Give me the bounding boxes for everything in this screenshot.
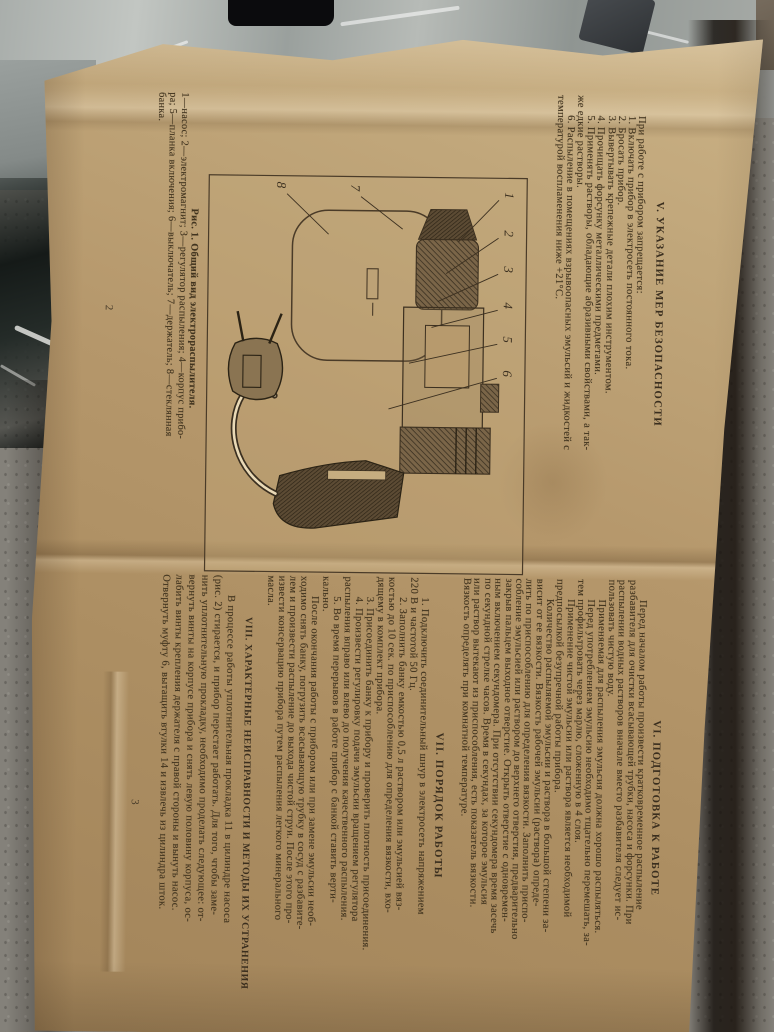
manual-page-3: VI. ПОДГОТОВКА К РАБОТЕ Перед началом ра… (19, 573, 757, 1032)
figure-sprayer-illustration: 1 2 3 4 5 6 7 8 (202, 173, 529, 577)
callout-8: 8 (274, 182, 289, 189)
section-vii-heading: VII. ПОРЯДОК РАБОТЫ (430, 578, 448, 1032)
callout-5: 5 (500, 336, 515, 343)
section-v-heading: V. УКАЗАНИЕ МЕР БЕЗОПАСНОСТИ (650, 88, 668, 540)
callout-1: 1 (502, 192, 517, 199)
section-vii-text: 1. Подключить соединительный шнур в элек… (259, 575, 430, 1032)
dark-object (228, 0, 334, 26)
section-v-text: При работе с прибором запрещается: 1. Вк… (550, 95, 647, 548)
page-number-2: 2 (100, 81, 118, 533)
callout-3: 3 (501, 265, 516, 273)
section-viii-heading: VIII. ХАРАКТЕРНЫЕ НЕИСПРАВНОСТИ И МЕТОДЫ… (238, 575, 255, 1031)
section-viii-text: В процессе работы уплотнительная проклад… (151, 574, 235, 1031)
section-vi-heading: VI. ПОДГОТОВКА К РАБОТЕ (647, 580, 665, 1032)
manual-sheet: V. УКАЗАНИЕ МЕР БЕЗОПАСНОСТИ При работе … (19, 21, 763, 1032)
manual-page-2: V. УКАЗАНИЕ МЕР БЕЗОПАСНОСТИ При работе … (25, 81, 762, 542)
callout-7: 7 (348, 184, 363, 191)
callout-2: 2 (502, 230, 517, 237)
photo-scene: V. УКАЗАНИЕ МЕР БЕЗОПАСНОСТИ При работе … (0, 0, 774, 1032)
plastic-highlight-streak (340, 6, 459, 27)
section-vi-text: Перед началом работы произвести кратковр… (456, 578, 648, 1032)
page-number-3: 3 (126, 574, 144, 1030)
callout-6: 6 (500, 370, 515, 377)
figure-caption: Рис. 1. Общий вид электрораспылителя. 1—… (149, 92, 200, 525)
callout-4: 4 (501, 302, 516, 309)
